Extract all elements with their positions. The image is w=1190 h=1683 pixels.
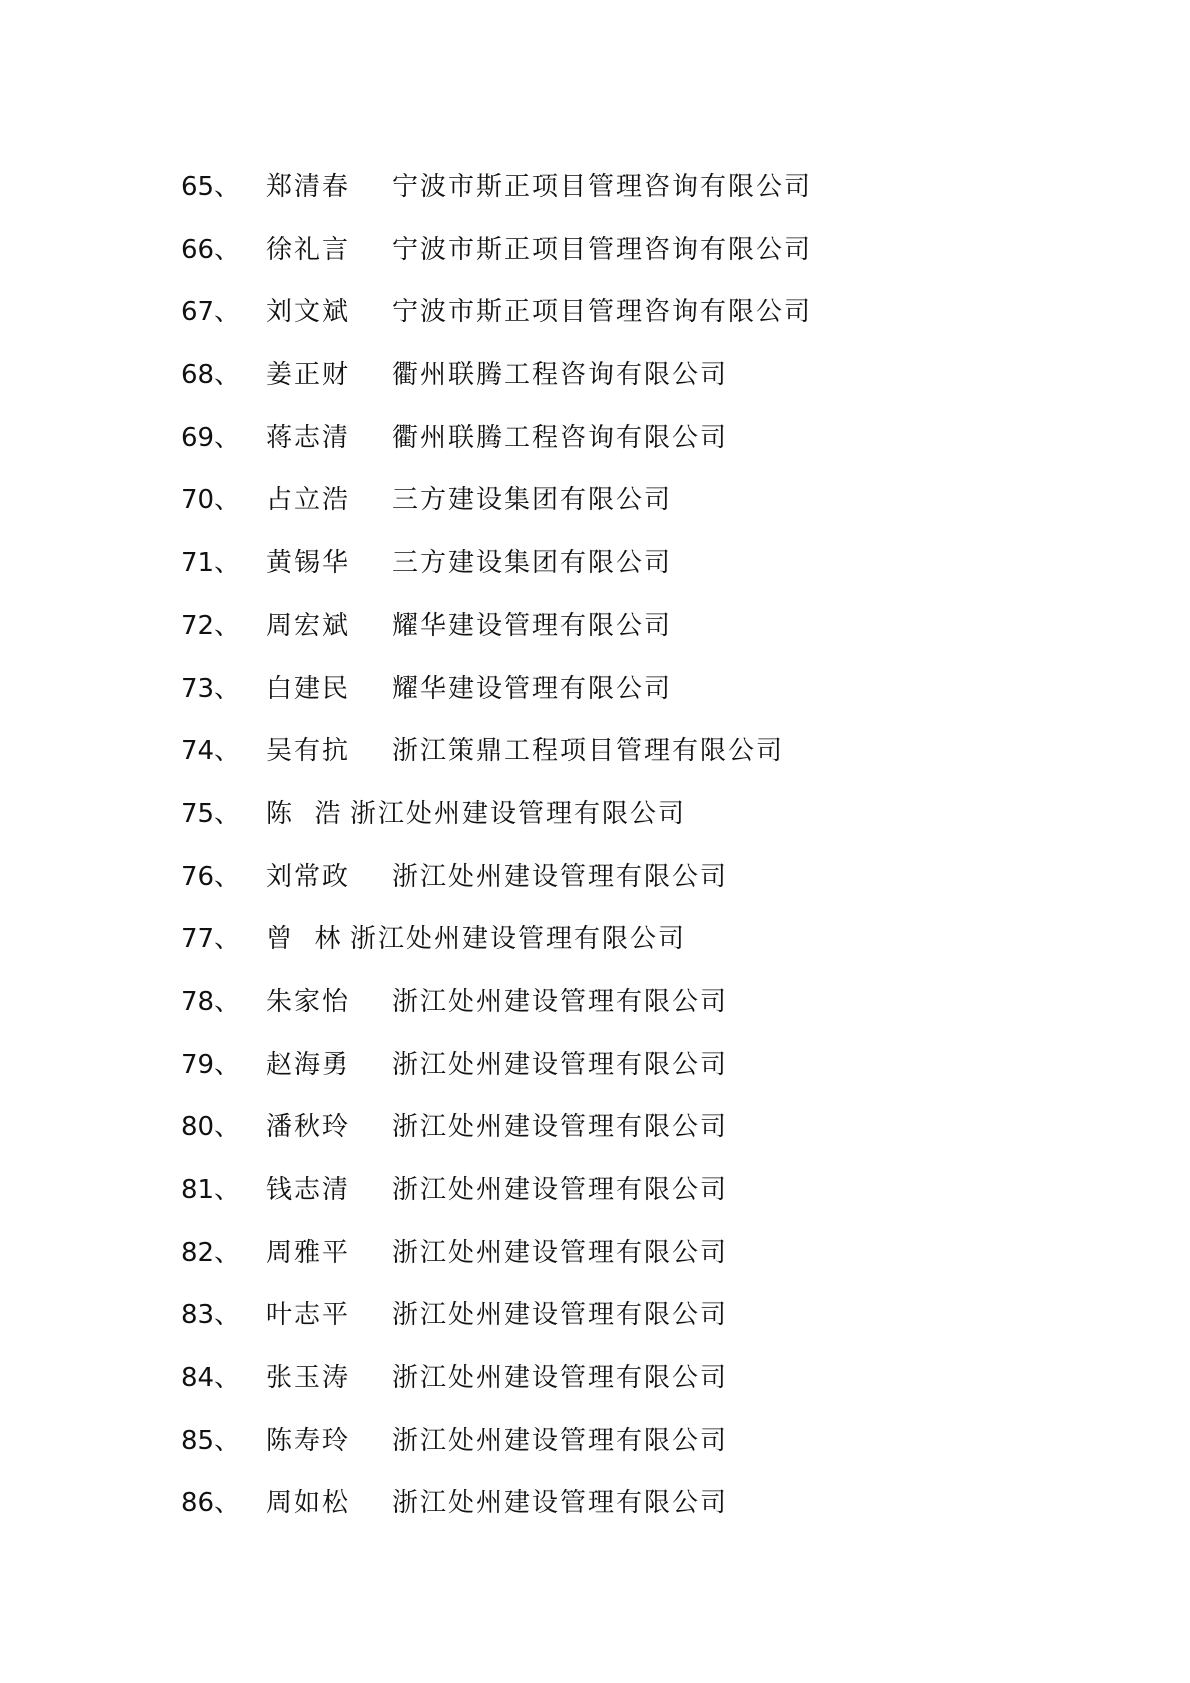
company-name: 耀华建设管理有限公司 [392, 670, 672, 708]
entry-number: 78、 [181, 983, 240, 1021]
list-item: 78、朱家怡浙江处州建设管理有限公司 [0, 983, 1190, 1046]
company-name: 宁波市斯正项目管理咨询有限公司 [392, 231, 812, 269]
list-item: 75、陈 浩浙江处州建设管理有限公司 [0, 795, 1190, 858]
person-name: 潘秋玲 [266, 1108, 350, 1146]
company-name: 浙江处州建设管理有限公司 [350, 920, 686, 958]
list-item: 69、蒋志清衢州联腾工程咨询有限公司 [0, 419, 1190, 482]
person-name: 朱家怡 [266, 983, 350, 1021]
list-item: 76、刘常政浙江处州建设管理有限公司 [0, 858, 1190, 921]
company-name: 宁波市斯正项目管理咨询有限公司 [392, 168, 812, 206]
list-item: 77、曾 林浙江处州建设管理有限公司 [0, 920, 1190, 983]
entry-number: 68、 [181, 356, 240, 394]
company-name: 浙江处州建设管理有限公司 [392, 1046, 728, 1084]
person-name: 黄锡华 [266, 544, 350, 582]
list-item: 65、郑清春宁波市斯正项目管理咨询有限公司 [0, 168, 1190, 231]
person-name: 姜正财 [266, 356, 350, 394]
company-name: 耀华建设管理有限公司 [392, 607, 672, 645]
list-item: 73、白建民耀华建设管理有限公司 [0, 670, 1190, 733]
company-name: 浙江处州建设管理有限公司 [392, 1422, 728, 1460]
list-item: 67、刘文斌宁波市斯正项目管理咨询有限公司 [0, 293, 1190, 356]
entry-number: 70、 [181, 481, 240, 519]
entry-number: 79、 [181, 1046, 240, 1084]
person-name: 蒋志清 [266, 419, 350, 457]
list-item: 83、叶志平浙江处州建设管理有限公司 [0, 1296, 1190, 1359]
entry-number: 75、 [181, 795, 240, 833]
company-name: 浙江处州建设管理有限公司 [392, 1359, 728, 1397]
entry-number: 86、 [181, 1484, 240, 1522]
list-item: 82、周雅平浙江处州建设管理有限公司 [0, 1234, 1190, 1297]
list-item: 80、潘秋玲浙江处州建设管理有限公司 [0, 1108, 1190, 1171]
entry-number: 77、 [181, 920, 240, 958]
entry-number: 74、 [181, 732, 240, 770]
company-name: 浙江处州建设管理有限公司 [392, 1296, 728, 1334]
person-name: 刘文斌 [266, 293, 350, 331]
entry-number: 66、 [181, 231, 240, 269]
company-name: 三方建设集团有限公司 [392, 481, 672, 519]
person-name: 白建民 [266, 670, 350, 708]
company-name: 浙江处州建设管理有限公司 [392, 1171, 728, 1209]
entry-number: 71、 [181, 544, 240, 582]
entry-number: 65、 [181, 168, 240, 206]
list-item: 84、张玉涛浙江处州建设管理有限公司 [0, 1359, 1190, 1422]
entry-number: 67、 [181, 293, 240, 331]
company-name: 宁波市斯正项目管理咨询有限公司 [392, 293, 812, 331]
entry-number: 81、 [181, 1171, 240, 1209]
company-name: 三方建设集团有限公司 [392, 544, 672, 582]
person-name: 叶志平 [266, 1296, 350, 1334]
company-name: 衢州联腾工程咨询有限公司 [392, 419, 728, 457]
person-name: 周如松 [266, 1484, 350, 1522]
list-item: 72、周宏斌耀华建设管理有限公司 [0, 607, 1190, 670]
entry-number: 82、 [181, 1234, 240, 1272]
person-name: 曾 林 [266, 920, 343, 958]
person-name: 徐礼言 [266, 231, 350, 269]
list-item: 74、吴有抗浙江策鼎工程项目管理有限公司 [0, 732, 1190, 795]
company-name: 衢州联腾工程咨询有限公司 [392, 356, 728, 394]
document-page: 65、郑清春宁波市斯正项目管理咨询有限公司 66、徐礼言宁波市斯正项目管理咨询有… [0, 0, 1190, 1683]
person-name: 陈寿玲 [266, 1422, 350, 1460]
person-name: 张玉涛 [266, 1359, 350, 1397]
entry-number: 83、 [181, 1296, 240, 1334]
list-item: 70、占立浩三方建设集团有限公司 [0, 481, 1190, 544]
company-name: 浙江处州建设管理有限公司 [350, 795, 686, 833]
list-item: 81、钱志清浙江处州建设管理有限公司 [0, 1171, 1190, 1234]
person-name: 赵海勇 [266, 1046, 350, 1084]
person-name: 吴有抗 [266, 732, 350, 770]
company-name: 浙江处州建设管理有限公司 [392, 1484, 728, 1522]
person-name: 钱志清 [266, 1171, 350, 1209]
company-name: 浙江处州建设管理有限公司 [392, 858, 728, 896]
list-item: 66、徐礼言宁波市斯正项目管理咨询有限公司 [0, 231, 1190, 294]
entry-number: 69、 [181, 419, 240, 457]
list-item: 79、赵海勇浙江处州建设管理有限公司 [0, 1046, 1190, 1109]
person-name: 刘常政 [266, 858, 350, 896]
entry-number: 80、 [181, 1108, 240, 1146]
entry-number: 85、 [181, 1422, 240, 1460]
entry-number: 73、 [181, 670, 240, 708]
entry-number: 84、 [181, 1359, 240, 1397]
company-name: 浙江策鼎工程项目管理有限公司 [392, 732, 784, 770]
entry-number: 76、 [181, 858, 240, 896]
person-name: 陈 浩 [266, 795, 343, 833]
company-name: 浙江处州建设管理有限公司 [392, 1108, 728, 1146]
person-name: 占立浩 [266, 481, 350, 519]
personnel-list: 65、郑清春宁波市斯正项目管理咨询有限公司 66、徐礼言宁波市斯正项目管理咨询有… [0, 168, 1190, 1547]
person-name: 周雅平 [266, 1234, 350, 1272]
list-item: 85、陈寿玲浙江处州建设管理有限公司 [0, 1422, 1190, 1485]
list-item: 68、姜正财衢州联腾工程咨询有限公司 [0, 356, 1190, 419]
person-name: 郑清春 [266, 168, 350, 206]
company-name: 浙江处州建设管理有限公司 [392, 983, 728, 1021]
person-name: 周宏斌 [266, 607, 350, 645]
list-item: 71、黄锡华三方建设集团有限公司 [0, 544, 1190, 607]
list-item: 86、周如松浙江处州建设管理有限公司 [0, 1484, 1190, 1547]
company-name: 浙江处州建设管理有限公司 [392, 1234, 728, 1272]
entry-number: 72、 [181, 607, 240, 645]
